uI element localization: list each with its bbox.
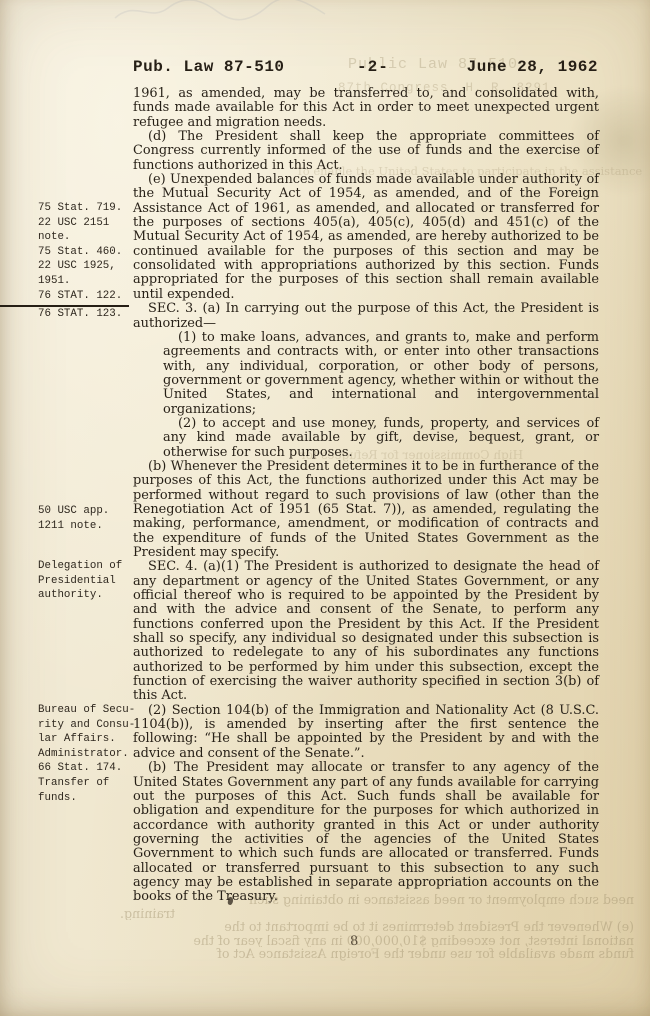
margin-note-stat-page-122: 76 STAT. 122. xyxy=(38,289,138,304)
handwriting-ghost-mark xyxy=(110,0,330,26)
statute-body-text: 1961, as amended, may be transferred to,… xyxy=(133,87,599,905)
statute-paragraph: (2) to accept and use money, funds, prop… xyxy=(133,417,599,460)
statute-paragraph: 1961, as amended, may be transferred to,… xyxy=(133,87,599,130)
scanned-statute-page: Public Law 87-510 87th Congress, H. R. 8… xyxy=(0,0,650,1016)
statute-paragraph: (b) Whenever the President determines it… xyxy=(133,460,599,560)
margin-note-bureau: Bureau of Secu- rity and Consu- lar Affa… xyxy=(38,703,138,805)
running-head: Pub. Law 87-510 -2- June 28, 1962 xyxy=(133,58,598,80)
ink-blot: 8 xyxy=(350,934,359,949)
page-number: -2- xyxy=(357,58,389,76)
statute-paragraph: SEC. 4. (a)(1) The President is authoriz… xyxy=(133,560,599,703)
margin-note-delegation: Delegation of Presidential authority. xyxy=(38,559,138,603)
margin-note-usc-citation: 50 USC app. 1211 note. xyxy=(38,504,138,533)
statute-paragraph: (1) to make loans, advances, and grants … xyxy=(133,331,599,417)
bleed-through-text: training. xyxy=(120,907,634,921)
bleed-through-text: national interest, not exceeding $10,000… xyxy=(120,934,634,948)
statute-paragraph: SEC. 3. (a) In carrying out the purpose … xyxy=(133,302,599,331)
bleed-through-text: (e) Whenever the President determines it… xyxy=(120,920,634,934)
law-number: Pub. Law 87-510 xyxy=(133,58,285,76)
margin-note-statute-citations: 75 Stat. 719. 22 USC 2151 note. 75 Stat.… xyxy=(38,201,138,289)
statute-paragraph: (b) The President may allocate or transf… xyxy=(133,761,599,904)
bleed-through-text: funds made available for use under the F… xyxy=(120,947,634,961)
statute-paragraph: (e) Unexpended balances of funds made av… xyxy=(133,173,599,302)
margin-note-stat-page-123: 76 STAT. 123. xyxy=(38,307,138,322)
statute-paragraph: (d) The President shall keep the appropr… xyxy=(133,130,599,173)
law-date: June 28, 1962 xyxy=(467,58,598,76)
statute-paragraph: (2) Section 104(b) of the Immigration an… xyxy=(133,704,599,761)
